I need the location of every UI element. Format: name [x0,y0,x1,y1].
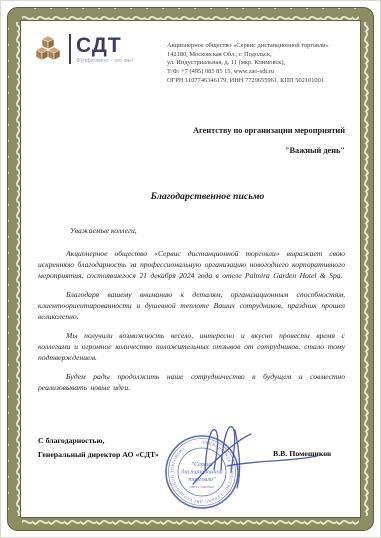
letter-content: СДТ Фулфилмент - это мы! Акционерное общ… [21,21,360,517]
paragraph: Мы получили возможность весело, интересн… [38,330,345,363]
closing-line: Генеральный директор АО «СДТ» [38,448,159,462]
logo-tagline: Фулфилмент - это мы! [76,58,133,64]
paragraph: Будем рады продолжить наше сотрудничеств… [38,371,345,393]
recipient-block: Агентству по организации мероприятий "Ва… [193,121,345,161]
letter-title: Благодарственное письмо [151,191,265,202]
paragraph: Акционерное общество «Сервис дистанционн… [38,248,345,281]
logo-title: СДТ [76,35,133,56]
closing-block: С благодарностью, Генеральный директор А… [38,434,159,461]
handwritten-signature [175,408,335,498]
company-details: Акционерное общество «Сервис дистанционн… [167,42,353,86]
logo-divider [69,34,71,64]
salutation: Уважаемые коллеги, [70,226,137,235]
company-line: ОГРН 1107746346179, ИНН 7729655961, КПП … [167,77,353,86]
company-line: Т/Ф: +7 (495) 085 85 15, www.zao-sdt.ru [167,68,353,77]
company-line: 142180, Московская Обл., г. Подольск, [167,51,353,60]
company-line: ул. Индустриальная, д. 11 (мкр. Климовск… [167,59,353,68]
letter-body: Акционерное общество «Сервис дистанционн… [38,248,345,401]
company-logo: СДТ Фулфилмент - это мы! [33,34,133,64]
letter-page: СДТ Фулфилмент - это мы! Акционерное общ… [0,0,381,538]
cubes-icon [33,34,63,64]
closing-line: С благодарностью, [38,434,159,448]
logo-text: СДТ Фулфилмент - это мы! [76,35,133,64]
recipient-line: Агентству по организации мероприятий [193,121,345,141]
company-line: Акционерное общество «Сервис дистанционн… [167,42,353,51]
recipient-line: "Важный день" [193,141,345,161]
paragraph: Благодаря вашему вниманию к деталям, орг… [38,289,345,322]
